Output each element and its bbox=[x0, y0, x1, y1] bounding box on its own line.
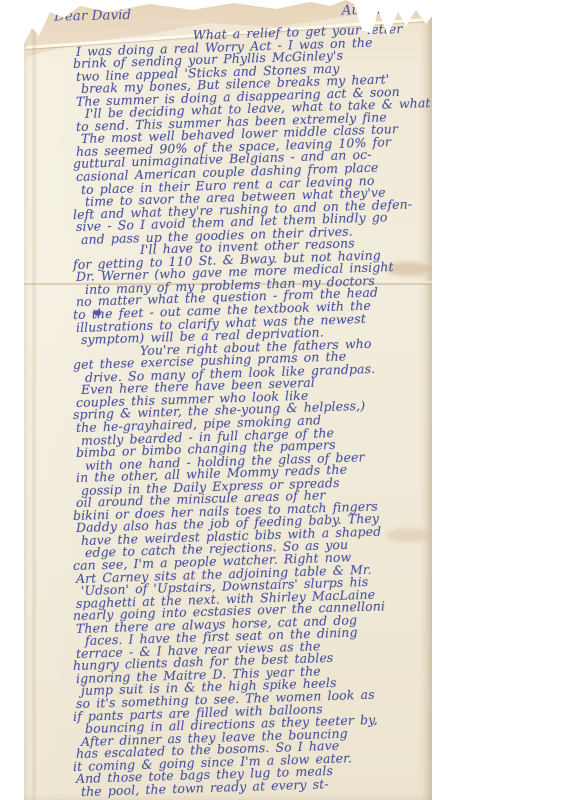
letter-date: Aug. 5 bbox=[342, 2, 387, 19]
letter-paper: Dear David Aug. 5 What a relief to get y… bbox=[24, 0, 432, 800]
scan-background: Dear David Aug. 5 What a relief to get y… bbox=[0, 0, 581, 800]
salutation: Dear David bbox=[54, 7, 131, 25]
letter-body: What a relief to get your letterI was do… bbox=[24, 33, 432, 798]
